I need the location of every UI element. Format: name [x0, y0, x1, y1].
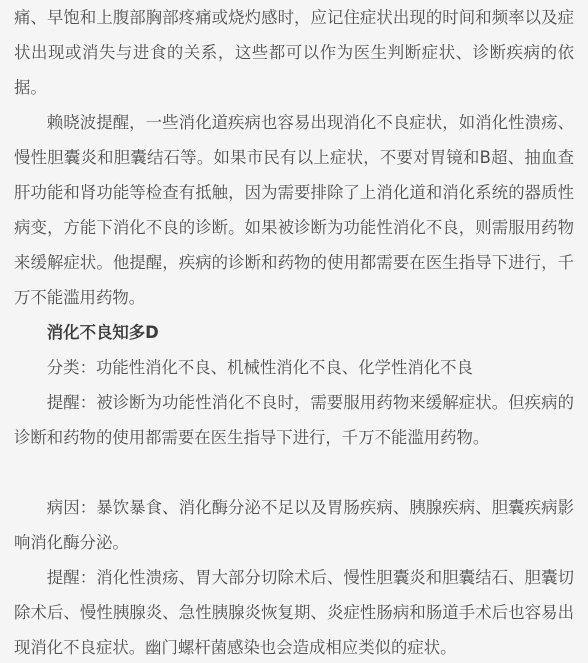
- section-heading: 消化不良知多D: [14, 315, 574, 350]
- blank-line: [14, 455, 574, 490]
- article-paragraph-continuation: 痛、早饱和上腹部胸部疼痛或烧灼感时，应记住症状出现的时间和频率以及症状出现或消失…: [14, 0, 574, 105]
- article-paragraph: 赖晓波提醒，一些消化道疾病也容易出现消化不良症状，如消化性溃疡、慢性胆囊炎和胆囊…: [14, 105, 574, 315]
- article-paragraph-reminder-1: 提醒：被诊断为功能性消化不良时，需要服用药物来缓解症状。但疾病的诊断和药物的使用…: [14, 385, 574, 455]
- article-paragraph-reminder-2: 提醒：消化性溃疡、胃大部分切除术后、慢性胆囊炎和胆囊结石、胆囊切除术后、慢性胰腺…: [14, 560, 574, 663]
- article-paragraph-classification: 分类：功能性消化不良、机械性消化不良、化学性消化不良: [14, 350, 574, 385]
- article-body: 痛、早饱和上腹部胸部疼痛或烧灼感时，应记住症状出现的时间和频率以及症状出现或消失…: [0, 0, 588, 663]
- article-paragraph-causes: 病因：暴饮暴食、消化酶分泌不足以及胃肠疾病、胰腺疾病、胆囊疾病影响消化酶分泌。: [14, 490, 574, 560]
